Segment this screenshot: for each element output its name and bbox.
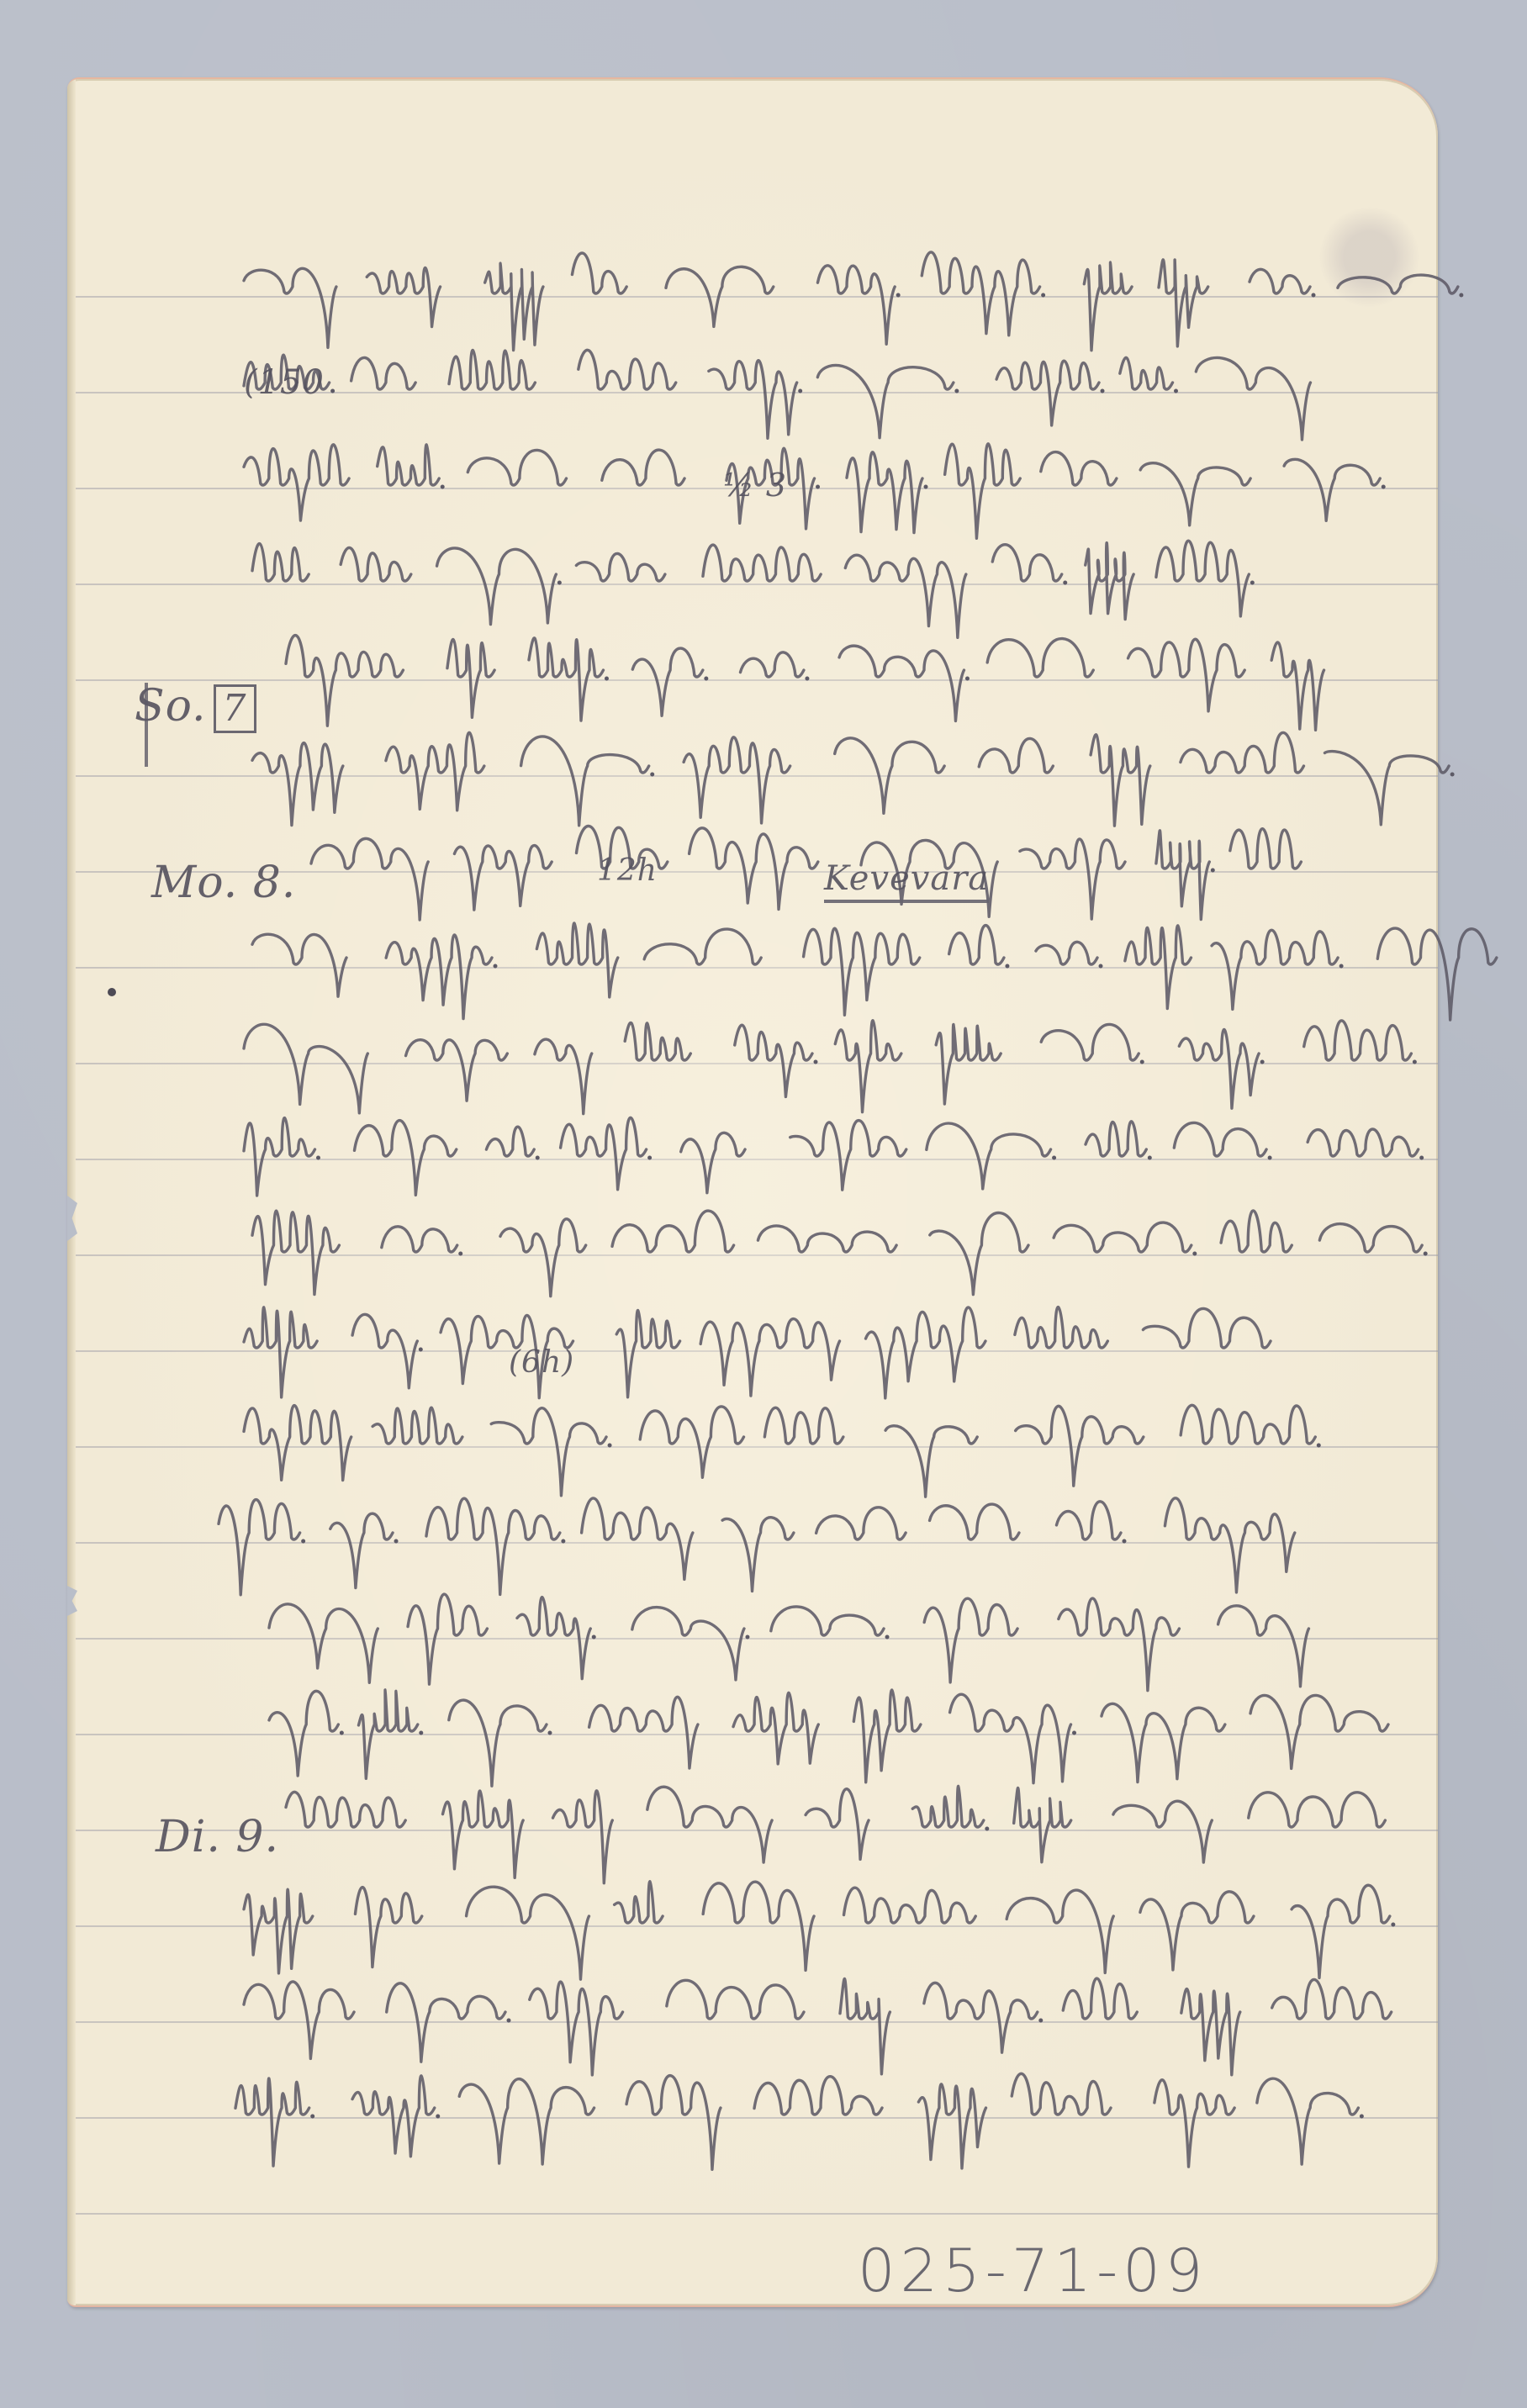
boxed-date-number: 7 — [214, 684, 256, 733]
ruled-line — [76, 2213, 1438, 2215]
shorthand-line — [235, 2052, 1413, 2145]
torn-edge — [67, 1193, 77, 1244]
date-marker-monday: Mo. 8. — [151, 858, 296, 908]
shorthand-line — [244, 1381, 1379, 1474]
shorthand-line — [244, 327, 1345, 420]
number-150: (150 — [244, 363, 325, 402]
shorthand-line — [244, 1286, 1312, 1378]
date-marker-sunday: So.7 — [135, 681, 256, 733]
shorthand-line — [244, 423, 1345, 515]
shorthand-line — [269, 1669, 1345, 1761]
catalog-number: 025-71-09 — [858, 2236, 1207, 2305]
shorthand-line — [252, 519, 1219, 611]
shorthand-line — [219, 1477, 1312, 1570]
time-12h: 12h — [597, 853, 658, 888]
shorthand-line — [244, 231, 1421, 324]
shorthand-line — [286, 1765, 1278, 1857]
shorthand-line — [286, 615, 1354, 707]
shorthand-strokes — [235, 2052, 1413, 2170]
margin-bracket — [145, 683, 148, 767]
shorthand-line — [252, 1190, 1379, 1282]
torn-edge — [67, 1584, 77, 1618]
time-6h: (6h) — [509, 1345, 574, 1380]
shorthand-line — [244, 998, 1396, 1090]
shorthand-line — [244, 1094, 1362, 1186]
fraction-note: ½ 3 — [723, 467, 787, 504]
shorthand-line — [252, 710, 1362, 803]
shorthand-line — [244, 1861, 1421, 1953]
pencil-dot — [108, 988, 116, 996]
place-name-underlined: Kevevara — [824, 859, 989, 903]
shorthand-line — [244, 1956, 1429, 2049]
date-marker-tuesday: Di. 9. — [156, 1812, 279, 1862]
shorthand-line — [252, 902, 1429, 995]
shorthand-line — [269, 1573, 1329, 1666]
